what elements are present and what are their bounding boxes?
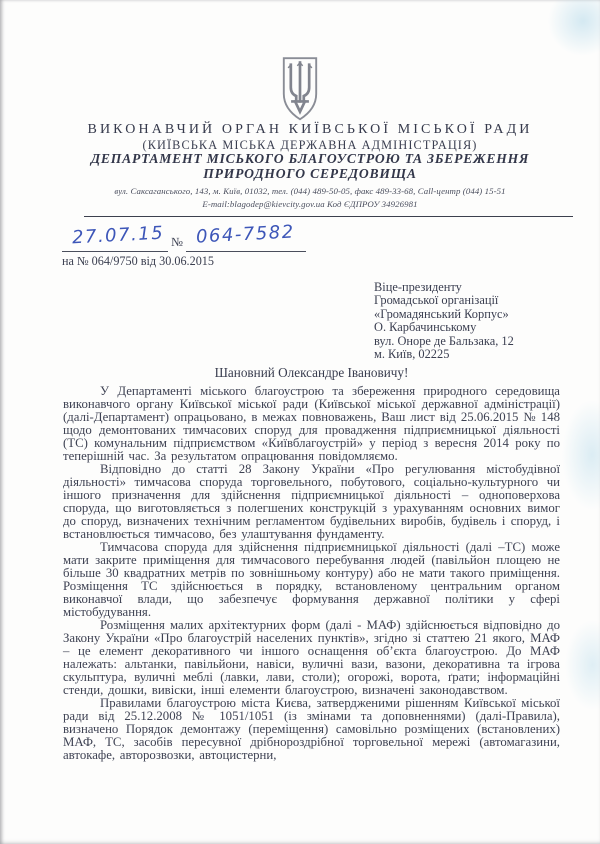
incoming-reference-line: на № 064/9750 від 30.06.2015 xyxy=(62,254,214,269)
handwritten-outgoing-date: 27.07.15 xyxy=(72,223,165,249)
scan-artifact xyxy=(565,620,600,710)
recipient-address-block: Віце-президенту Громадської організації … xyxy=(374,281,514,361)
scan-artifact xyxy=(562,400,600,510)
letterhead-postal-address: вул. Саксаганського, 143, м. Київ, 01032… xyxy=(40,186,580,196)
number-underline xyxy=(186,251,306,252)
number-sign-label: № xyxy=(171,235,183,250)
letterhead-email-line: E-mail:blagodep@kievcity.gov.ua Код ЄДПР… xyxy=(40,199,580,209)
body-paragraph-1: У Департаменті міського благоустрою та з… xyxy=(63,385,560,463)
recipient-line: Віце-президенту xyxy=(374,281,514,294)
scanned-letter-page: ВИКОНАВЧИЙ ОРГАН КИЇВСЬКОЇ МІСЬКОЇ РАДИ … xyxy=(0,0,600,844)
letterhead-divider-line xyxy=(84,216,573,217)
recipient-line: Громадської організації xyxy=(374,294,514,307)
handwritten-outgoing-number: 064-7582 xyxy=(196,221,296,247)
letter-body: У Департаменті міського благоустрою та з… xyxy=(63,385,560,762)
recipient-line: вул. Оноре де Бальзака, 12 xyxy=(374,335,514,348)
recipient-line: м. Київ, 02225 xyxy=(374,348,514,361)
body-paragraph-4: Розміщення малих архітектурних форм (дал… xyxy=(63,619,560,697)
date-underline xyxy=(62,251,168,252)
department-name-line1: ДЕПАРТАМЕНТ МІСЬКОГО БЛАГОУСТРОЮ ТА ЗБЕР… xyxy=(40,151,580,167)
scan-artifact xyxy=(548,0,600,56)
salutation-line: Шановний Олександре Івановичу! xyxy=(63,365,560,381)
recipient-line: О. Карбачинському xyxy=(374,321,514,334)
ukrainian-trident-emblem-icon xyxy=(0,56,600,127)
department-name-line2: ПРИРОДНОГО СЕРЕДОВИЩА xyxy=(40,166,580,182)
body-paragraph-2: Відповідно до статті 28 Закону України «… xyxy=(63,463,560,541)
org-name-line1: ВИКОНАВЧИЙ ОРГАН КИЇВСЬКОЇ МІСЬКОЇ РАДИ xyxy=(40,122,580,138)
body-paragraph-3: Тимчасова споруда для здійснення підприє… xyxy=(63,541,560,619)
body-paragraph-5: Правилами благоустрою міста Києва, затве… xyxy=(63,697,560,762)
recipient-line: «Громадянський Корпус» xyxy=(374,308,514,321)
